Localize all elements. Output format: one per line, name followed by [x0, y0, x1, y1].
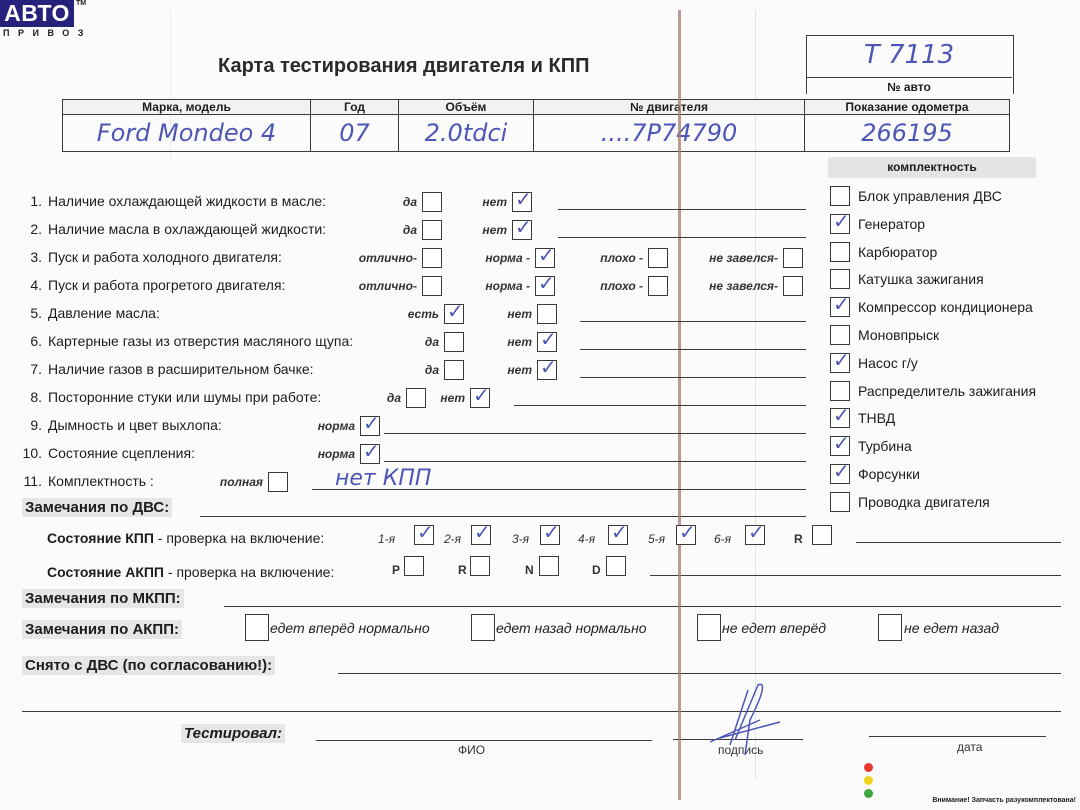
- kpp-gear-checkbox-1[interactable]: ✓: [414, 525, 434, 545]
- check-label: Давление масла:: [48, 305, 160, 321]
- kpp-gear-label: 2-я: [444, 532, 461, 546]
- col-header-engine-number: № двигателя: [534, 100, 805, 115]
- check-item-4: 4.Пуск и работа прогретого двигателя:: [20, 277, 285, 293]
- checkbox-10-1[interactable]: ✓: [360, 444, 380, 464]
- checkmark-icon: ✓: [447, 299, 464, 323]
- checkbox-2-1[interactable]: [422, 220, 442, 240]
- komplektnost-checkbox-7[interactable]: ✓: [830, 353, 850, 373]
- option-label: да: [350, 391, 401, 405]
- col-header-year: Год: [311, 100, 399, 115]
- checkmark-icon: ✓: [833, 209, 850, 233]
- kpp-check-label: Состояние КПП - проверка на включение:: [47, 530, 324, 546]
- akpp-remark-checkbox-2[interactable]: [471, 614, 495, 641]
- option-label: да: [380, 363, 439, 377]
- kpp-check-label-rest: - проверка на включение:: [154, 530, 324, 546]
- akpp-gear-label: P: [392, 563, 400, 577]
- akpp-gear-label: D: [592, 563, 601, 577]
- komplektnost-item-label: Турбина: [858, 438, 912, 454]
- checkmark-icon: ✓: [833, 348, 850, 372]
- col-header-volume: Объём: [399, 100, 534, 115]
- notes-line-10[interactable]: [384, 461, 806, 462]
- status-dot-yellow: [864, 776, 873, 785]
- option-label: не завелся-: [680, 279, 778, 293]
- col-header-make-model: Марка, модель: [63, 100, 311, 115]
- fio-caption: ФИО: [458, 743, 485, 757]
- akpp-remark-label: едет назад нормально: [496, 620, 647, 636]
- option-label: не завелся-: [680, 251, 778, 265]
- odometer-field[interactable]: 266195: [805, 115, 1010, 152]
- komplektnost-header: комплектность: [828, 157, 1036, 178]
- check-label: Пуск и работа прогретого двигателя:: [48, 277, 285, 293]
- check-number: 8.: [20, 389, 42, 405]
- checkmark-icon: ✓: [417, 520, 434, 544]
- remarks-mkpp-label: Замечания по МКПП:: [22, 589, 184, 608]
- notes-line-2[interactable]: [558, 237, 806, 238]
- komplektnost-item-label: Катушка зажигания: [858, 271, 984, 287]
- komplektnost-item-label: Распределитель зажигания: [858, 383, 1036, 399]
- akpp-gear-checkbox-1[interactable]: [404, 556, 424, 576]
- checkbox-7-1[interactable]: [444, 360, 464, 380]
- checkmark-icon: ✓: [540, 355, 557, 379]
- check-number: 10.: [20, 445, 42, 461]
- option-label: полная: [190, 475, 263, 489]
- option-label: да: [380, 335, 439, 349]
- option-label: да: [370, 223, 417, 237]
- komplektnost-checkbox-4[interactable]: [830, 269, 850, 289]
- check-item-8: 8.Посторонние стуки или шумы при работе:: [20, 389, 321, 405]
- checkmark-icon: ✓: [540, 327, 557, 351]
- komplektnost-checkbox-12[interactable]: [830, 492, 850, 512]
- komplektnost-item-label: Моновпрыск: [858, 327, 939, 343]
- status-dot-red: [864, 763, 873, 772]
- signature-scribble: [700, 680, 790, 760]
- checkbox-3-1[interactable]: [422, 248, 442, 268]
- vehicle-info-table: Марка, модель Год Объём № двигателя Пока…: [62, 99, 1010, 152]
- kpp-gear-label: 3-я: [512, 532, 529, 546]
- fio-line[interactable]: [316, 740, 652, 741]
- checkbox-4-1[interactable]: [422, 276, 442, 296]
- check-label: Состояние сцепления:: [48, 445, 195, 461]
- checkmark-icon: ✓: [363, 411, 380, 435]
- check-number: 5.: [20, 305, 42, 321]
- kpp-gear-label: 1-я: [378, 532, 395, 546]
- option-label: плохо -: [580, 251, 643, 265]
- remarks-mkpp-line[interactable]: [224, 606, 1061, 607]
- check-number: 7.: [20, 361, 42, 377]
- option-label: норма -: [460, 279, 530, 293]
- checkbox-3-3[interactable]: [648, 248, 668, 268]
- kpp-notes-line[interactable]: [856, 542, 1061, 543]
- notes-line-1[interactable]: [558, 209, 806, 210]
- checkmark-icon: ✓: [515, 215, 532, 239]
- komplektnost-item-label: Проводка двигателя: [858, 494, 990, 510]
- kpp-gear-checkbox-5[interactable]: ✓: [676, 525, 696, 545]
- kpp-gear-checkbox-6[interactable]: ✓: [745, 525, 765, 545]
- check-label: Пуск и работа холодного двигателя:: [48, 249, 282, 265]
- check-item-9: 9.Дымность и цвет выхлопа:: [20, 417, 222, 433]
- warning-text: Внимание! Запчасть разукомплектована!: [932, 797, 1076, 804]
- notes-line-8[interactable]: [514, 405, 806, 406]
- kpp-gear-label: 6-я: [714, 532, 731, 546]
- checkmark-icon: ✓: [833, 431, 850, 455]
- checkbox-1-2[interactable]: ✓: [512, 192, 532, 212]
- checkbox-5-2[interactable]: [537, 304, 557, 324]
- checkbox-6-1[interactable]: [444, 332, 464, 352]
- remarks-dvs-label: Замечания по ДВС:: [22, 498, 172, 517]
- check-number: 2.: [20, 221, 42, 237]
- auto-number-value[interactable]: T 7113: [806, 40, 1012, 70]
- check-item-10: 10.Состояние сцепления:: [20, 445, 195, 461]
- checkmark-icon: ✓: [515, 187, 532, 211]
- notes-line-5[interactable]: [580, 321, 806, 322]
- checkbox-1-1[interactable]: [422, 192, 442, 212]
- checkmark-icon: ✓: [538, 271, 555, 295]
- checkmark-icon: ✓: [473, 383, 490, 407]
- akpp-remark-checkbox-4[interactable]: [878, 614, 902, 641]
- check-item-1: 1.Наличие охлаждающей жидкости в масле:: [20, 193, 326, 209]
- status-dot-green: [864, 789, 873, 798]
- check-label: Наличие газов в расширительном бачке:: [48, 361, 314, 377]
- kpp-gear-label: 4-я: [578, 532, 595, 546]
- komplektnost-checkbox-3[interactable]: [830, 242, 850, 262]
- check-item-6: 6.Картерные газы из отверстия масляного …: [20, 333, 353, 349]
- kpp-gear-label: 5-я: [648, 532, 665, 546]
- akpp-notes-line[interactable]: [650, 575, 1061, 576]
- akpp-gear-label: R: [458, 563, 467, 577]
- year-field[interactable]: 07: [311, 115, 399, 152]
- option-label: отлично-: [330, 251, 417, 265]
- komplektnost-item-label: Форсунки: [858, 466, 920, 482]
- akpp-gear-checkbox-2[interactable]: [470, 556, 490, 576]
- date-line[interactable]: [869, 736, 1046, 737]
- checkbox-3-4[interactable]: [783, 248, 803, 268]
- komplektnost-item-label: Компрессор кондиционера: [858, 299, 1033, 315]
- checkmark-icon: ✓: [748, 520, 765, 544]
- checkmark-icon: ✓: [833, 292, 850, 316]
- option-label: нет: [460, 195, 507, 209]
- removed-from-dvs-line-2[interactable]: [22, 711, 1061, 712]
- notes-line-6[interactable]: [580, 349, 806, 350]
- kpp-gear-checkbox-2[interactable]: ✓: [471, 525, 491, 545]
- check-item-7: 7.Наличие газов в расширительном бачке:: [20, 361, 314, 377]
- akpp-remark-label: не едет вперёд: [722, 620, 826, 636]
- akpp-gear-checkbox-3[interactable]: [539, 556, 559, 576]
- auto-number-label: № авто: [806, 77, 1012, 94]
- checkmark-icon: ✓: [538, 243, 555, 267]
- check-label: Наличие масла в охлаждающей жидкости:: [48, 221, 326, 237]
- option-label: нет: [478, 363, 532, 377]
- checkmark-icon: ✓: [363, 439, 380, 463]
- akpp-gear-checkbox-4[interactable]: [606, 556, 626, 576]
- option-label: нет: [460, 223, 507, 237]
- check-item-5: 5.Давление масла:: [20, 305, 160, 321]
- check-item-2: 2.Наличие масла в охлаждающей жидкости:: [20, 221, 326, 237]
- removed-from-dvs-line[interactable]: [338, 673, 1061, 674]
- check-label: Посторонние стуки или шумы при работе:: [48, 389, 321, 405]
- akpp-check-label-bold: Состояние АКПП: [47, 564, 164, 580]
- komplektnost-item-label: ТНВД: [858, 410, 895, 426]
- check-number: 1.: [20, 193, 42, 209]
- page-title: Карта тестирования двигателя и КПП: [218, 55, 589, 78]
- checkbox-4-2[interactable]: ✓: [535, 276, 555, 296]
- option-label: норма -: [460, 251, 530, 265]
- checkbox-11-1[interactable]: [268, 472, 288, 492]
- checkbox-2-2[interactable]: ✓: [512, 220, 532, 240]
- checkmark-icon: ✓: [543, 520, 560, 544]
- notes-line-9[interactable]: [384, 433, 806, 434]
- check-label: Дымность и цвет выхлопа:: [48, 417, 222, 433]
- option-label: норма: [290, 447, 355, 461]
- kpp-check-label-bold: Состояние КПП: [47, 530, 154, 546]
- option-label: плохо -: [580, 279, 643, 293]
- remarks-akpp-label: Замечания по АКПП:: [22, 620, 182, 639]
- make-model-field[interactable]: Ford Mondeo 4: [63, 115, 311, 152]
- checkbox-8-2[interactable]: ✓: [470, 388, 490, 408]
- checkbox-9-1[interactable]: ✓: [360, 416, 380, 436]
- komplektnost-item-label: Генератор: [858, 216, 925, 232]
- kpp-gear-checkbox-3[interactable]: ✓: [540, 525, 560, 545]
- checkmark-icon: ✓: [611, 520, 628, 544]
- akpp-gear-label: N: [525, 563, 534, 577]
- kpp-gear-checkbox-4[interactable]: ✓: [608, 525, 628, 545]
- logo-tm: TM: [76, 0, 86, 7]
- checkbox-4-3[interactable]: [648, 276, 668, 296]
- checkbox-7-2[interactable]: ✓: [537, 360, 557, 380]
- option-label: есть: [380, 307, 439, 321]
- volume-field[interactable]: 2.0tdci: [399, 115, 534, 152]
- check-number: 6.: [20, 333, 42, 349]
- check-number: 9.: [20, 417, 42, 433]
- option-label: да: [370, 195, 417, 209]
- komplektnost-checkbox-1[interactable]: [830, 186, 850, 206]
- checkbox-6-2[interactable]: ✓: [537, 332, 557, 352]
- logo-subtitle: ПРИВОЗ: [3, 28, 92, 38]
- check-number: 3.: [20, 249, 42, 265]
- check-item-11: 11.Комплектность :: [20, 473, 154, 489]
- checkmark-icon: ✓: [833, 459, 850, 483]
- komplektnost-note[interactable]: нет КПП: [335, 466, 431, 491]
- col-header-odometer: Показание одометра: [805, 100, 1010, 115]
- check-number: 11.: [20, 473, 42, 489]
- akpp-check-label-rest: - проверка на включение:: [164, 564, 334, 580]
- checkbox-5-1[interactable]: ✓: [444, 304, 464, 324]
- checkbox-4-4[interactable]: [783, 276, 803, 296]
- akpp-remark-checkbox-3[interactable]: [697, 614, 721, 641]
- komplektnost-item-label: Блок управления ДВС: [858, 188, 1002, 204]
- check-item-3: 3.Пуск и работа холодного двигателя:: [20, 249, 282, 265]
- kpp-gear-label: R: [794, 532, 803, 546]
- akpp-remark-label: едет вперёд нормально: [270, 620, 430, 636]
- notes-line-7[interactable]: [580, 377, 806, 378]
- option-label: нет: [478, 335, 532, 349]
- date-caption: дата: [957, 740, 982, 754]
- akpp-remark-label: не едет назад: [904, 620, 999, 636]
- komplektnost-checkbox-9[interactable]: ✓: [830, 408, 850, 428]
- komplektnost-checkbox-5[interactable]: ✓: [830, 297, 850, 317]
- option-label: норма: [290, 419, 355, 433]
- komplektnost-item-label: Карбюратор: [858, 244, 937, 260]
- removed-from-dvs-label: Снято с ДВС (по согласованию!):: [22, 656, 275, 675]
- komplektnost-checkbox-10[interactable]: ✓: [830, 436, 850, 456]
- komplektnost-checkbox-8[interactable]: [830, 381, 850, 401]
- option-label: нет: [420, 391, 465, 405]
- option-label: отлично-: [330, 279, 417, 293]
- komplektnost-checkbox-11[interactable]: ✓: [830, 464, 850, 484]
- checkmark-icon: ✓: [679, 520, 696, 544]
- engine-number-field[interactable]: ....7P74790: [534, 115, 805, 152]
- akpp-remark-checkbox-1[interactable]: [245, 614, 269, 641]
- komplektnost-checkbox-6[interactable]: [830, 325, 850, 345]
- check-label: Комплектность :: [48, 473, 154, 489]
- checkbox-3-2[interactable]: ✓: [535, 248, 555, 268]
- komplektnost-item-label: Насос г/у: [858, 355, 918, 371]
- checkmark-icon: ✓: [833, 403, 850, 427]
- check-number: 4.: [20, 277, 42, 293]
- check-label: Наличие охлаждающей жидкости в масле:: [48, 193, 326, 209]
- akpp-check-label: Состояние АКПП - проверка на включение:: [47, 564, 334, 580]
- option-label: нет: [478, 307, 532, 321]
- logo: АВТО: [0, 0, 74, 27]
- kpp-gear-checkbox-7[interactable]: [812, 525, 832, 545]
- komplektnost-checkbox-2[interactable]: ✓: [830, 214, 850, 234]
- tested-by-label: Тестировал:: [181, 724, 285, 743]
- remarks-dvs-line[interactable]: [200, 516, 806, 517]
- check-label: Картерные газы из отверстия масляного щу…: [48, 333, 353, 349]
- checkmark-icon: ✓: [474, 520, 491, 544]
